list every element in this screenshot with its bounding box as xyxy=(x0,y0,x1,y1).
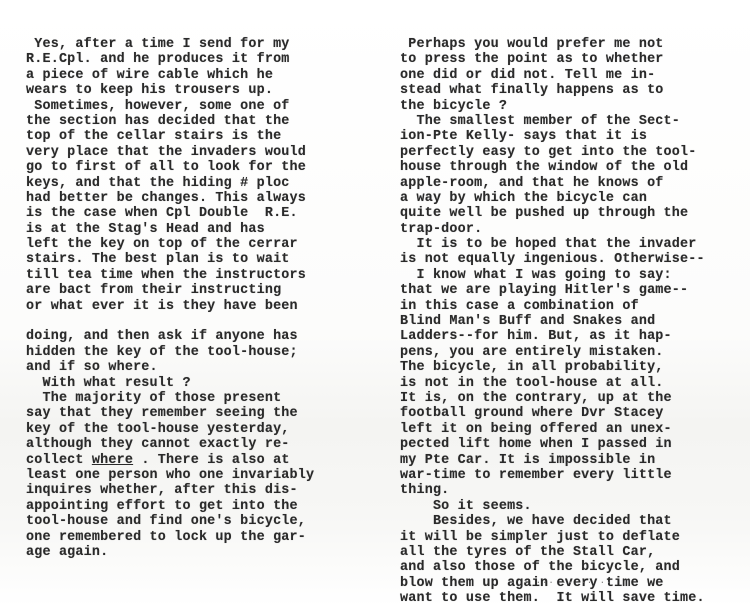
text-line: collect where . There is also at xyxy=(26,453,371,468)
text-line: very place that the invaders would xyxy=(26,145,371,160)
text-line: stairs. The best plan is to wait xyxy=(26,252,371,267)
text-line: one remembered to lock up the gar- xyxy=(26,530,371,545)
text-line: age again. xyxy=(26,545,371,560)
text-line: stead what finally happens as to xyxy=(400,83,745,98)
text-line: doing, and then ask if anyone has xyxy=(26,329,371,344)
text-line: least one person who one invariably xyxy=(26,468,371,483)
text-line: ion-Pte Kelly- says that it is xyxy=(400,129,745,144)
text-line: house through the window of the old xyxy=(400,160,745,175)
text-line: It is to be hoped that the invader xyxy=(400,237,745,252)
text-line: the section has decided that the xyxy=(26,114,371,129)
text-line: R.E.Cpl. and he produces it from xyxy=(26,52,371,67)
text-line: appointing effort to get into the xyxy=(26,499,371,514)
paragraph-gap xyxy=(26,314,371,329)
text-line: go to first of all to look for the xyxy=(26,160,371,175)
text-line: top of the cellar stairs is the xyxy=(26,129,371,144)
text-line: The majority of those present xyxy=(26,391,371,406)
text-line: war-time to remember every little xyxy=(400,468,745,483)
text-line: is not in the tool-house at all. xyxy=(400,376,745,391)
text-line: had better be changes. This always xyxy=(26,191,371,206)
left-column: Yes, after a time I send for myR.E.Cpl. … xyxy=(26,37,371,560)
text-line: is not equally ingenious. Otherwise-- xyxy=(400,252,745,267)
underlined-word: where xyxy=(92,453,133,468)
typewritten-page: Yes, after a time I send for myR.E.Cpl. … xyxy=(0,0,750,607)
text-line: pected lift home when I passed in xyxy=(400,437,745,452)
text-line: perfectly easy to get into the tool- xyxy=(400,145,745,160)
text-line: left the key on top of the cerrar xyxy=(26,237,371,252)
text-line: that we are playing Hitler's game-- xyxy=(400,283,745,298)
text-line: or what ever it is they have been xyxy=(26,299,371,314)
text-line: trap-door. xyxy=(400,222,745,237)
text-line: So it seems. xyxy=(400,499,745,514)
right-column: Perhaps you would prefer me notto press … xyxy=(400,37,745,606)
text-line: although they cannot exactly re- xyxy=(26,437,371,452)
text-line: I know what I was going to say: xyxy=(400,268,745,283)
text-line: one did or did not. Tell me in- xyxy=(400,68,745,83)
text-line: a way by which the bicycle can xyxy=(400,191,745,206)
text-line: pens, you are entirely mistaken. xyxy=(400,345,745,360)
text-line: all the tyres of the Stall Car, xyxy=(400,545,745,560)
text-line: wears to keep his trousers up. xyxy=(26,83,371,98)
text-line: With what result ? xyxy=(26,376,371,391)
text-line: Besides, we have decided that xyxy=(400,514,745,529)
text-line: keys, and that the hiding # ploc xyxy=(26,176,371,191)
text-line: Sometimes, however, some one of xyxy=(26,99,371,114)
text-line: inquires whether, after this dis- xyxy=(26,483,371,498)
text-line: Ladders--for him. But, as it hap- xyxy=(400,329,745,344)
text-line: my Pte Car. It is impossible in xyxy=(400,453,745,468)
text-line: want to use them. It will save time. xyxy=(400,591,745,606)
text-line: Yes, after a time I send for my xyxy=(26,37,371,52)
text-line: The smallest member of the Sect- xyxy=(400,114,745,129)
text-line: the bicycle ? xyxy=(400,99,745,114)
text-line: is at the Stag's Head and has xyxy=(26,222,371,237)
text-line: tool-house and find one's bicycle, xyxy=(26,514,371,529)
text-line: key of the tool-house yesterday, xyxy=(26,422,371,437)
text-line: left it on being offered an unex- xyxy=(400,422,745,437)
text-line: thing. xyxy=(400,483,745,498)
text-line: and if so where. xyxy=(26,360,371,375)
text-line: The bicycle, in all probability, xyxy=(400,360,745,375)
text-line: It is, on the contrary, up at the xyxy=(400,391,745,406)
text-line: it will be simpler just to deflate xyxy=(400,530,745,545)
text-line: till tea time when the instructors xyxy=(26,268,371,283)
text-line: are bact from their instructing xyxy=(26,283,371,298)
text-line: to press the point as to whether xyxy=(400,52,745,67)
text-line: hidden the key of the tool-house; xyxy=(26,345,371,360)
footer-marks: . . ... ..... .. xyxy=(510,576,612,586)
text-line: apple-room, and that he knows of xyxy=(400,176,745,191)
text-line: quite well be pushed up through the xyxy=(400,206,745,221)
text-line: Perhaps you would prefer me not xyxy=(400,37,745,52)
text-line: is the case when Cpl Double R.E. xyxy=(26,206,371,221)
text-line: Blind Man's Buff and Snakes and xyxy=(400,314,745,329)
text-line: a piece of wire cable which he xyxy=(26,68,371,83)
text-line: say that they remember seeing the xyxy=(26,406,371,421)
text-line: and also those of the bicycle, and xyxy=(400,560,745,575)
text-line: in this case a combination of xyxy=(400,299,745,314)
text-line: football ground where Dvr Stacey xyxy=(400,406,745,421)
